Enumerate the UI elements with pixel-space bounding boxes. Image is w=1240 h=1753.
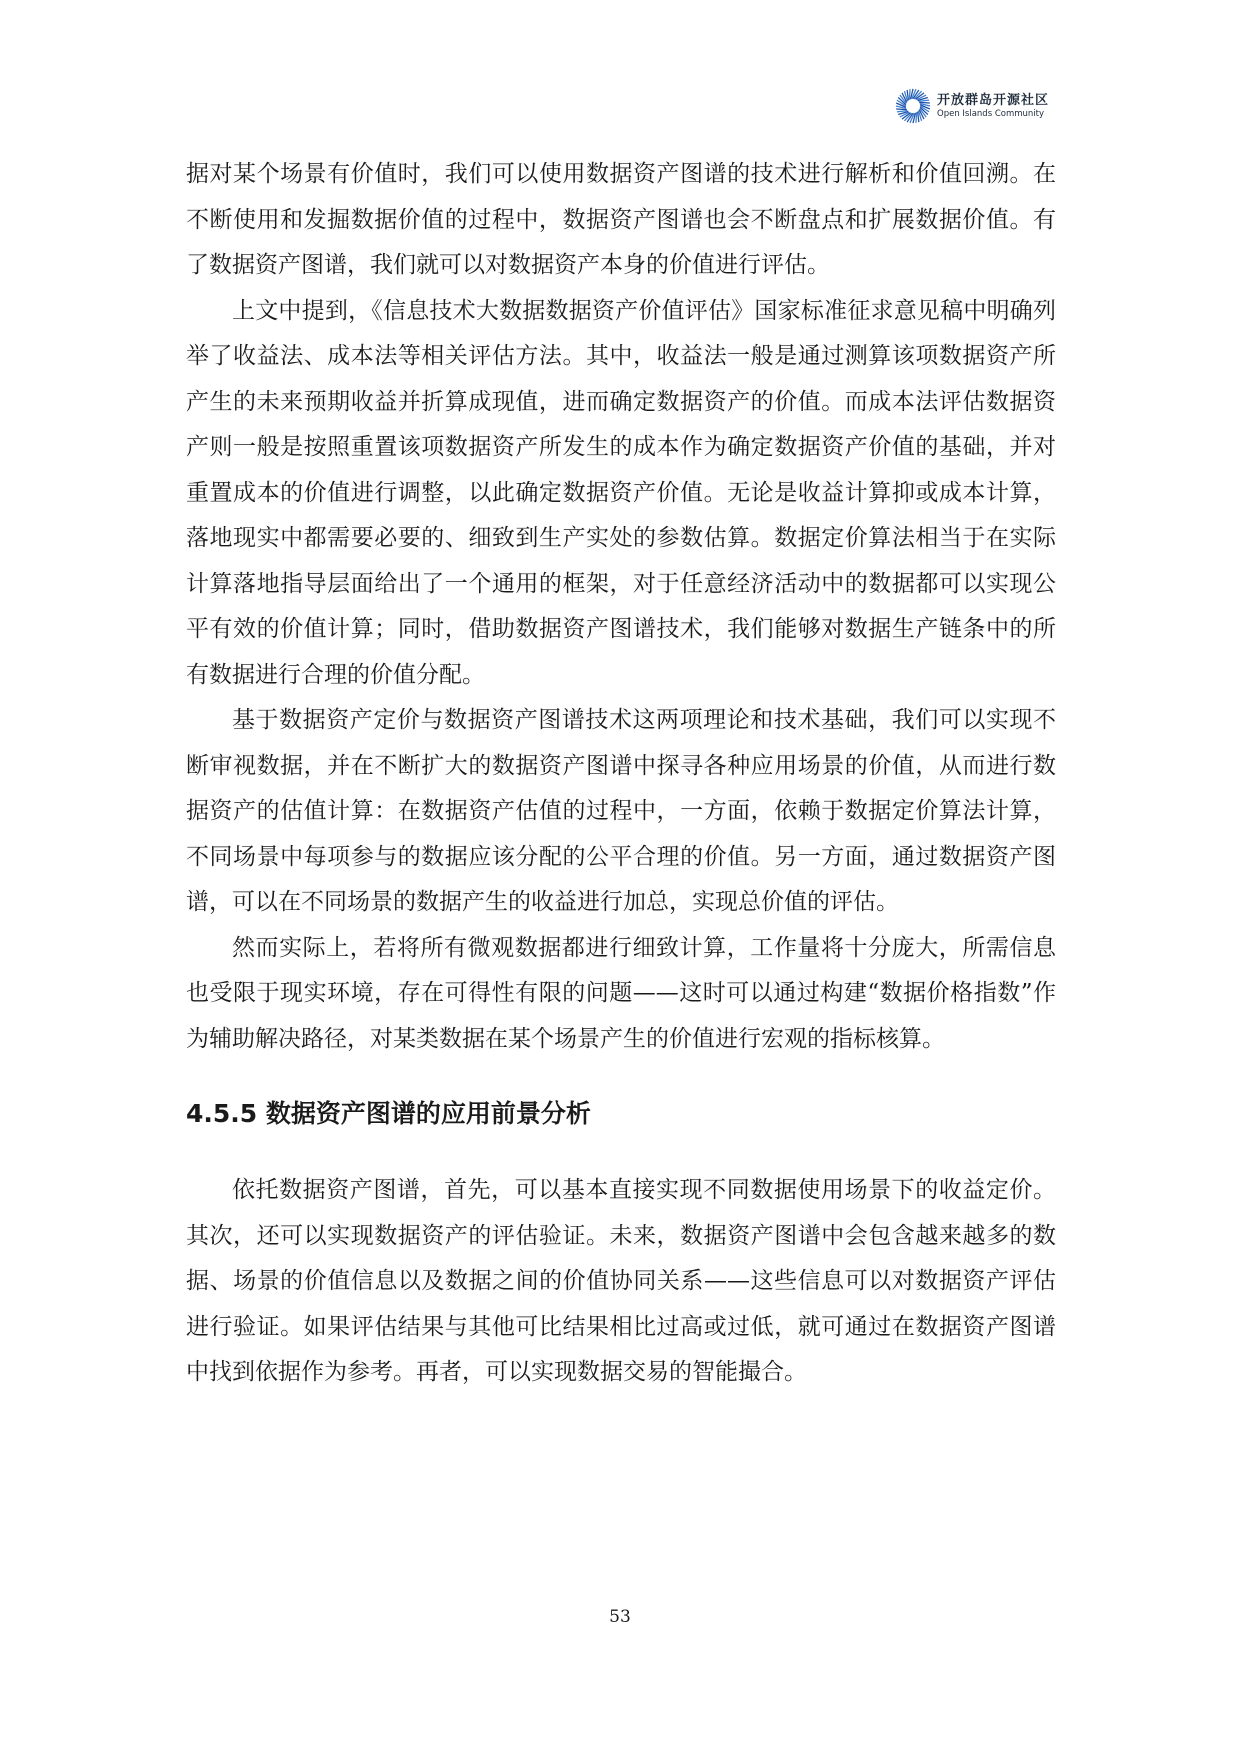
paragraph: 上文中提到，《信息技术大数据数据资产价值评估》国家标准征求意见稿中明确列举了收益…: [186, 289, 1056, 699]
logo-english-name: Open Islands Community: [937, 110, 1049, 119]
page-number: 53: [0, 1607, 1240, 1627]
section-heading: 4.5.5 数据资产图谱的应用前景分析: [186, 1098, 1056, 1130]
community-logo: 开放群岛开源社区 Open Islands Community: [895, 86, 1049, 126]
paragraph: 据对某个场景有价值时，我们可以使用数据资产图谱的技术进行解析和价值回溯。在不断使…: [186, 152, 1056, 289]
page-body: 据对某个场景有价值时，我们可以使用数据资产图谱的技术进行解析和价值回溯。在不断使…: [186, 152, 1056, 1396]
sunburst-ring-icon: [895, 88, 931, 124]
logo-chinese-name: 开放群岛开源社区: [937, 94, 1049, 107]
paragraph: 然而实际上，若将所有微观数据都进行细致计算，工作量将十分庞大，所需信息也受限于现…: [186, 926, 1056, 1063]
paragraph: 基于数据资产定价与数据资产图谱技术这两项理论和技术基础，我们可以实现不断审视数据…: [186, 698, 1056, 926]
paragraph: 依托数据资产图谱，首先，可以基本直接实现不同数据使用场景下的收益定价。其次，还可…: [186, 1168, 1056, 1396]
